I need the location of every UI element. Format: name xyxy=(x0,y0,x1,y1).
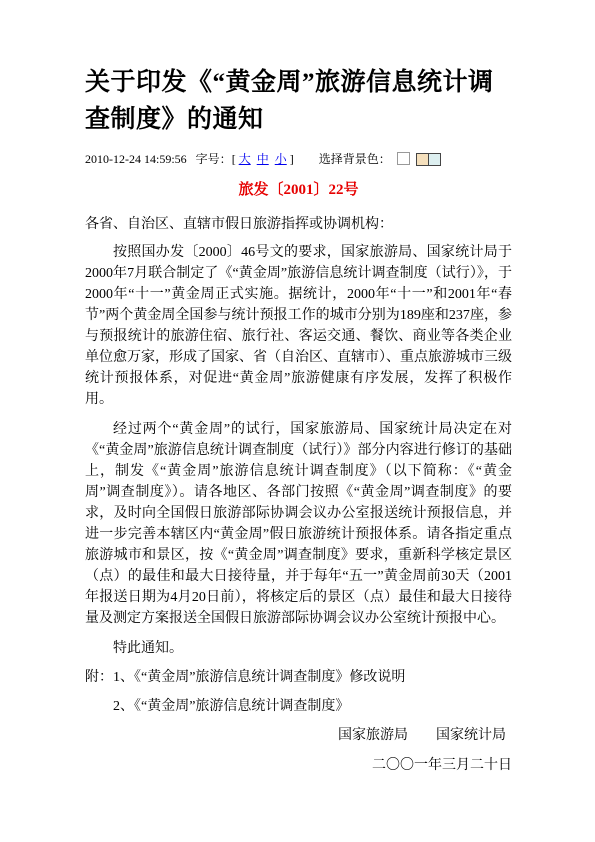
font-size-label: 字号： xyxy=(196,152,232,166)
bg-color-swatch-tan[interactable] xyxy=(417,154,428,165)
document-content: 关于印发《“黄金周”旅游信息统计调查制度》的通知 2010-12-24 14:5… xyxy=(0,0,595,776)
signature-date: 二〇〇一年三月二十日 xyxy=(85,755,512,776)
page-title: 关于印发《“黄金周”旅游信息统计调查制度》的通知 xyxy=(85,64,512,138)
recipient-line: 各省、自治区、直辖市假日旅游指挥或协调机构： xyxy=(85,214,512,235)
document-page: 关于印发《“黄金周”旅游信息统计调查制度》的通知 2010-12-24 14:5… xyxy=(0,0,595,842)
attachment-item-2: 2、《“黄金周”旅游信息统计调查制度》 xyxy=(85,696,512,717)
bracket-open: [ xyxy=(232,152,236,166)
bg-color-label: 选择背景色： xyxy=(319,152,391,166)
paragraph-1: 按照国办发〔2000〕46号文的要求，国家旅游局、国家统计局于2000年7月联合… xyxy=(85,242,512,410)
bg-color-swatch-cyan[interactable] xyxy=(428,154,440,165)
document-number: 旅发〔2001〕22号 xyxy=(85,181,512,199)
font-size-large-link[interactable]: 大 xyxy=(239,152,251,166)
bg-color-swatch-group xyxy=(416,153,441,166)
publish-datetime: 2010-12-24 14:59:56 xyxy=(85,152,187,166)
closing-notice: 特此通知。 xyxy=(85,638,512,659)
bracket-close: ] xyxy=(290,152,294,166)
paragraph-2: 经过两个“黄金周”的试行，国家旅游局、国家统计局决定在对《“黄金周”旅游信息统计… xyxy=(85,419,512,629)
attachment-item-1: 附：1、《“黄金周”旅游信息统计调查制度》修改说明 xyxy=(85,667,512,688)
bg-color-swatch-white[interactable] xyxy=(397,152,410,165)
meta-toolbar: 2010-12-24 14:59:56 字号：[大中小] 选择背景色： xyxy=(85,151,512,167)
font-size-small-link[interactable]: 小 xyxy=(275,152,287,166)
font-size-medium-link[interactable]: 中 xyxy=(257,152,269,166)
signature-agencies: 国家旅游局 国家统计局 xyxy=(85,725,512,746)
